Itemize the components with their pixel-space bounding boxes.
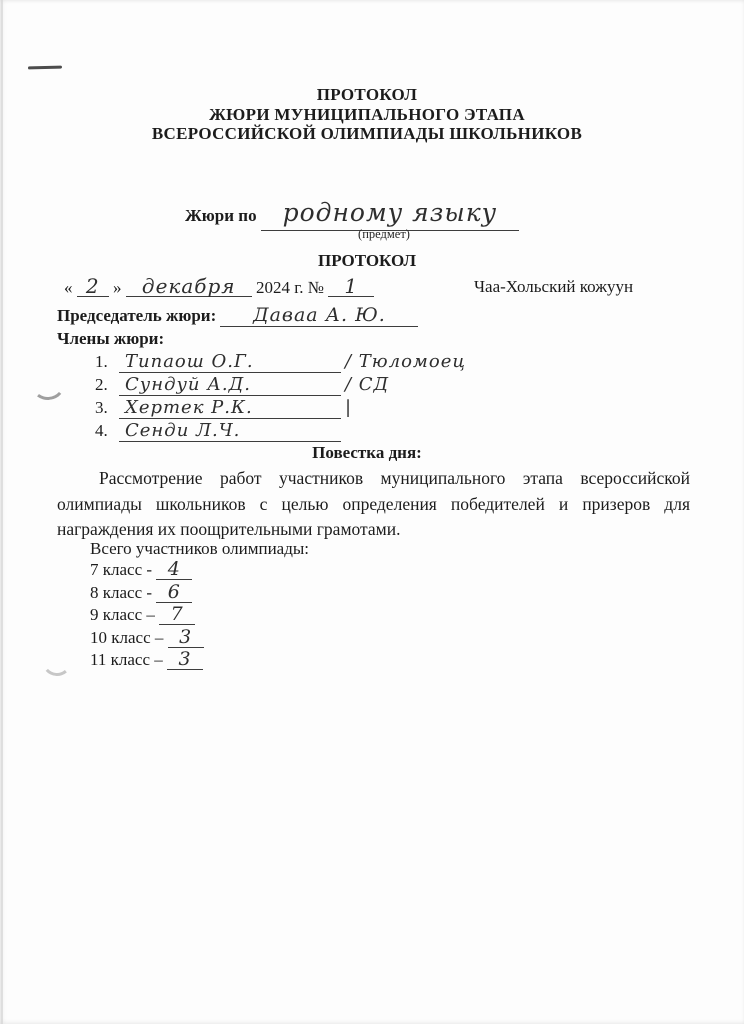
participants-heading: Всего участников олимпиады:	[90, 539, 309, 559]
scan-artifact-dash	[28, 66, 62, 70]
chairman-label: Председатель жюри:	[57, 306, 216, 325]
month-underline: декабря	[126, 276, 252, 297]
scan-artifact-arc-bottom	[41, 645, 73, 677]
agenda-body-paragraph: Рассмотрение работ участников муниципаль…	[57, 466, 690, 543]
scanned-document-page: ПРОТОКОЛ ЖЮРИ МУНИЦИПАЛЬНОГО ЭТАПА ВСЕРО…	[0, 0, 744, 1024]
scan-artifact-arc-top	[29, 366, 66, 401]
title-line-3: ВСЕРОССИЙСКОЙ ОЛИМПИАДЫ ШКОЛЬНИКОВ	[0, 124, 734, 144]
class-count-row: 11 класс – 3	[90, 650, 204, 673]
month-handwritten: декабря	[142, 274, 236, 298]
class-count-row: 7 класс - 4	[90, 560, 204, 583]
year-and-number-label: 2024 г. №	[256, 278, 324, 297]
chairman-line: Председатель жюри: Даваа А. Ю.	[57, 306, 418, 327]
chairman-underline: Даваа А. Ю.	[220, 306, 418, 327]
count-handwritten: 3	[178, 648, 191, 670]
quote-close: »	[113, 278, 122, 297]
member-number: 1.	[95, 352, 119, 372]
class-label: 10 класс –	[90, 628, 163, 647]
members-list: 1.Типаош О.Г./ Тюломоец 2.Сундуй А.Д./ С…	[95, 351, 466, 443]
member-number: 3.	[95, 398, 119, 418]
member-signature: / Тюломоец	[341, 351, 466, 372]
class-label: 8 класс -	[90, 583, 152, 602]
class-label: 11 класс –	[90, 650, 163, 669]
scan-edge-shadow	[1, 0, 3, 1024]
member-underline: Типаош О.Г.	[119, 353, 341, 373]
member-signature: |	[341, 397, 352, 418]
class-label: 9 класс –	[90, 605, 155, 624]
member-row: 3.Хертек Р.К.|	[95, 397, 466, 420]
count-handwritten: 7	[171, 603, 184, 625]
member-name-handwritten: Хертек Р.К.	[125, 397, 253, 418]
member-underline: Сундуй А.Д.	[119, 376, 341, 396]
class-count-row: 8 класс - 6	[90, 583, 204, 606]
member-underline: Хертек Р.К.	[119, 399, 341, 419]
members-label: Члены жюри:	[57, 329, 164, 349]
member-underline: Сенди Л.Ч.	[119, 422, 341, 442]
member-number: 2.	[95, 375, 119, 395]
day-underline: 2	[77, 276, 109, 297]
member-name-handwritten: Типаош О.Г.	[125, 351, 254, 372]
jury-label: Жюри по	[185, 206, 257, 225]
member-row: 4.Сенди Л.Ч.	[95, 420, 466, 443]
member-row: 1.Типаош О.Г./ Тюломоец	[95, 351, 466, 374]
number-underline: 1	[328, 276, 374, 297]
member-number: 4.	[95, 421, 119, 441]
agenda-heading: Повестка дня:	[0, 443, 734, 463]
chairman-name-handwritten: Даваа А. Ю.	[253, 304, 386, 326]
class-label: 7 класс -	[90, 560, 152, 579]
member-row: 2.Сундуй А.Д./ СД	[95, 374, 466, 397]
count-underline: 6	[156, 583, 192, 603]
class-count-row: 9 класс – 7	[90, 605, 204, 628]
member-name-handwritten: Сенди Л.Ч.	[125, 420, 240, 441]
document-title: ПРОТОКОЛ ЖЮРИ МУНИЦИПАЛЬНОГО ЭТАПА ВСЕРО…	[0, 85, 734, 144]
protocol-heading: ПРОТОКОЛ	[0, 251, 734, 271]
subject-caption: (предмет)	[255, 227, 513, 242]
day-handwritten: 2	[86, 274, 100, 298]
member-signature	[341, 420, 345, 441]
subject-handwritten: родному языку	[283, 198, 498, 227]
region-name: Чаа-Хольский кожуун	[474, 277, 633, 297]
count-underline: 3	[168, 628, 204, 648]
class-count-row: 10 класс – 3	[90, 628, 204, 651]
count-handwritten: 6	[168, 581, 181, 603]
title-line-1: ПРОТОКОЛ	[0, 85, 734, 105]
count-handwritten: 3	[179, 626, 192, 648]
count-handwritten: 4	[168, 558, 181, 580]
count-underline: 4	[156, 560, 192, 580]
member-signature: / СД	[341, 374, 389, 395]
member-name-handwritten: Сундуй А.Д.	[125, 374, 251, 395]
count-underline: 3	[167, 650, 203, 670]
participants-list: 7 класс - 4 8 класс - 6 9 класс – 7 10 к…	[90, 560, 204, 673]
count-underline: 7	[159, 605, 195, 625]
title-line-2: ЖЮРИ МУНИЦИПАЛЬНОГО ЭТАПА	[0, 105, 734, 125]
quote-open: «	[64, 278, 73, 297]
number-handwritten: 1	[344, 274, 358, 298]
protocol-date-line: « 2 » декабря 2024 г. № 1	[64, 276, 374, 298]
